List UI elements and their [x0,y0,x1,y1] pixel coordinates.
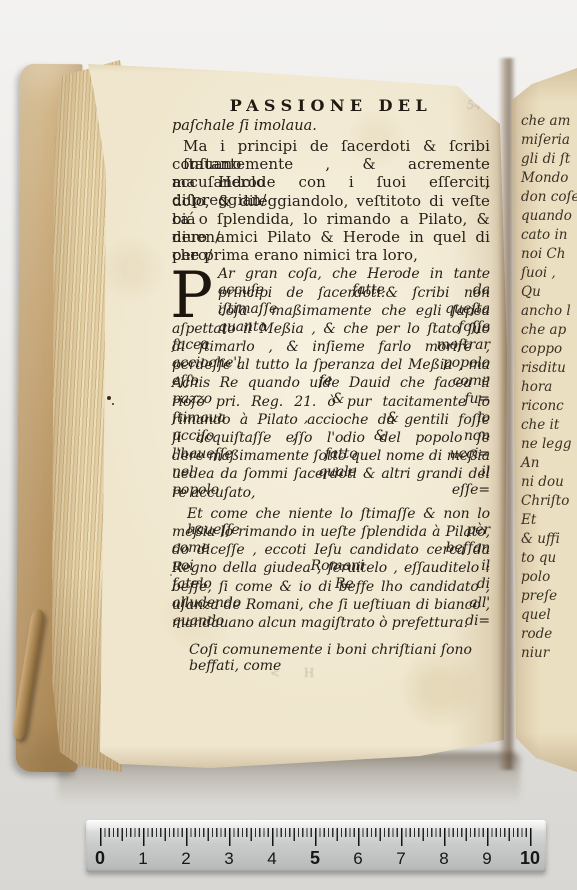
text-fragment: don coſe [521,188,577,207]
text-fragment: & uffi [521,530,577,549]
text-fragment: che am [521,112,577,131]
text-line: principi de ſacerdoti:& ſcribi non iſtim… [172,285,490,303]
closing-line: Coſi comunemente i boni chriſtiani ſono … [172,642,490,661]
text-line: mandauano alcun magiſtrato ò prefettura. [172,615,490,633]
text-line: che prima erano nimici tra loro, [172,246,490,264]
text-fragment: rode [521,625,577,644]
foxing-speck [170,574,172,576]
text-line: Achis Re quando uide Dauid che facea il … [172,375,490,393]
ruler-number: 1 [138,849,147,869]
text-fragment: risditu [521,359,577,378]
centimeter-ticks [100,828,532,846]
ruler-number: 5 [310,848,320,869]
ruler-number: 4 [267,849,276,869]
text-line: uſanza de Romani, che ſi ueſtiuan di bia… [172,597,490,615]
text-line: Regno della giudea , ſeruitelo , eſſaudi… [172,560,490,578]
right-page-sliver: che ammiſeriagli di ſtMondodon coſequand… [506,56,577,772]
text-line: di ſtimarlo , & inſieme farlo morire , a… [172,339,490,357]
ruler-number: 10 [520,848,540,869]
foxing-speck [112,403,114,405]
text-line: uedea da ſommi ſacerdoti & altri grandi … [172,466,490,484]
ruler-number: 2 [181,849,190,869]
text-line: do diceſſe , eccoti Ieſu candidato cerca… [172,542,490,560]
ruler-number: 3 [224,849,233,869]
text-line: aſpettato il Meßia , & che per lo ſtato … [172,321,490,339]
text-fragment: miſeria [521,131,577,150]
text-fragment: niur [521,644,577,663]
text-fragment: Chriſto [521,492,577,511]
text-fragment: polo [521,568,577,587]
text-line: Ar gran coſa, che Herode in tante accuſe… [172,266,490,284]
text-fragment: cato in [521,226,577,245]
photo-background: 54 PASSIONE DEL paſchale ſi imolaua. Ma … [0,0,577,890]
text-line: beffe, ſi come & io di beffe lho candida… [172,579,490,597]
right-page-text-fragments: che ammiſeriagli di ſtMondodon coſequand… [521,112,577,663]
text-fragment: Et [521,511,577,530]
left-page: 54 PASSIONE DEL paſchale ſi imolaua. Ma … [60,52,512,776]
text-fragment: ni dou [521,473,577,492]
text-line: Ma i principi de ſacerdoti & ſcribi ſtau… [172,137,490,155]
text-line: dolo, & dileggiandolo, veſtitoto di veſt… [172,192,490,210]
paragraph-1: Ma i principi de ſacerdoti & ſcribi ſtau… [172,137,490,264]
text-fragment: Mondo [521,169,577,188]
ruler-number: 0 [95,848,105,869]
ruler-number: 6 [353,849,362,869]
faint-show-through-page-number: 54 [467,98,482,112]
ruler-number: 7 [396,849,405,869]
ruler-number: 9 [482,849,491,869]
text-line: dere maßimamente ſotto quel nome di meßi… [172,448,490,466]
paragraph-3: Et come che niente lo ſtimaſſe & non lo … [172,506,490,633]
drop-cap-letter: P [170,269,213,323]
text-fragment: coppo [521,340,577,359]
text-fragment: che it [521,416,577,435]
running-header: PASSIONE DEL [172,96,490,116]
text-fragment: Qu [521,283,577,302]
drop-cap-lines: Ar gran coſa, che Herode in tante accuſe… [172,266,490,502]
text-line: rioſo pri. Reg. 21. ò pur tacitamente lo… [172,394,490,412]
text-line: Et come che niente lo ſtimaſſe & non lo … [172,506,490,524]
text-line: conſtantemente , & acremente accuſandolo… [172,155,490,173]
text-fragment: noi Ch [521,245,577,264]
text-fragment: che ap [521,321,577,340]
text-fragment: ancho l [521,302,577,321]
text-fragment: riconc [521,397,577,416]
text-line: coſa , maßimamente che egli ſapea quanto… [172,303,490,321]
faint-show-through-marks: < H [172,666,490,680]
text-fragment: to qu [521,549,577,568]
text-line: ca o ſplendida, lo rimando a Pilato, & d… [172,210,490,228]
ruler-ticks [100,828,533,848]
text-fragment: ſuoi , [521,264,577,283]
text-line: perdeſſe al tutto la ſperanza del Meßia … [172,357,490,375]
text-fragment: An [521,454,577,473]
foxing-speck [107,396,111,400]
text-fragment: quel [521,606,577,625]
text-fragment: hora [521,378,577,397]
text-line: nero amici Pilato & Herode in quel di pe… [172,228,490,246]
text-fragment: gli di ſt [521,150,577,169]
text-line: meßia lo rimando in ueſte ſplendida à Pi… [172,524,490,542]
text-fragment: quando [521,207,577,226]
text-fragment: ne legg [521,435,577,454]
centimeter-ruler: 012345678910 [86,820,546,872]
ruler-number: 8 [439,849,448,869]
opening-line: paſchale ſi imolaua. [172,118,490,137]
text-line: rimando à Pilato accioche da gentili foſ… [172,412,490,430]
text-fragment: preſe [521,587,577,606]
text-line: ma Herode con i ſuoi eſſerciti diſpreggi… [172,173,490,191]
text-block: 54 PASSIONE DEL paſchale ſi imolaua. Ma … [172,96,490,680]
drop-cap-paragraph: P Ar gran coſa, che Herode in tante accu… [172,266,490,502]
text-line: ſi acquiſtaſſe eſſo l'odio del popolo ſe… [172,430,490,448]
